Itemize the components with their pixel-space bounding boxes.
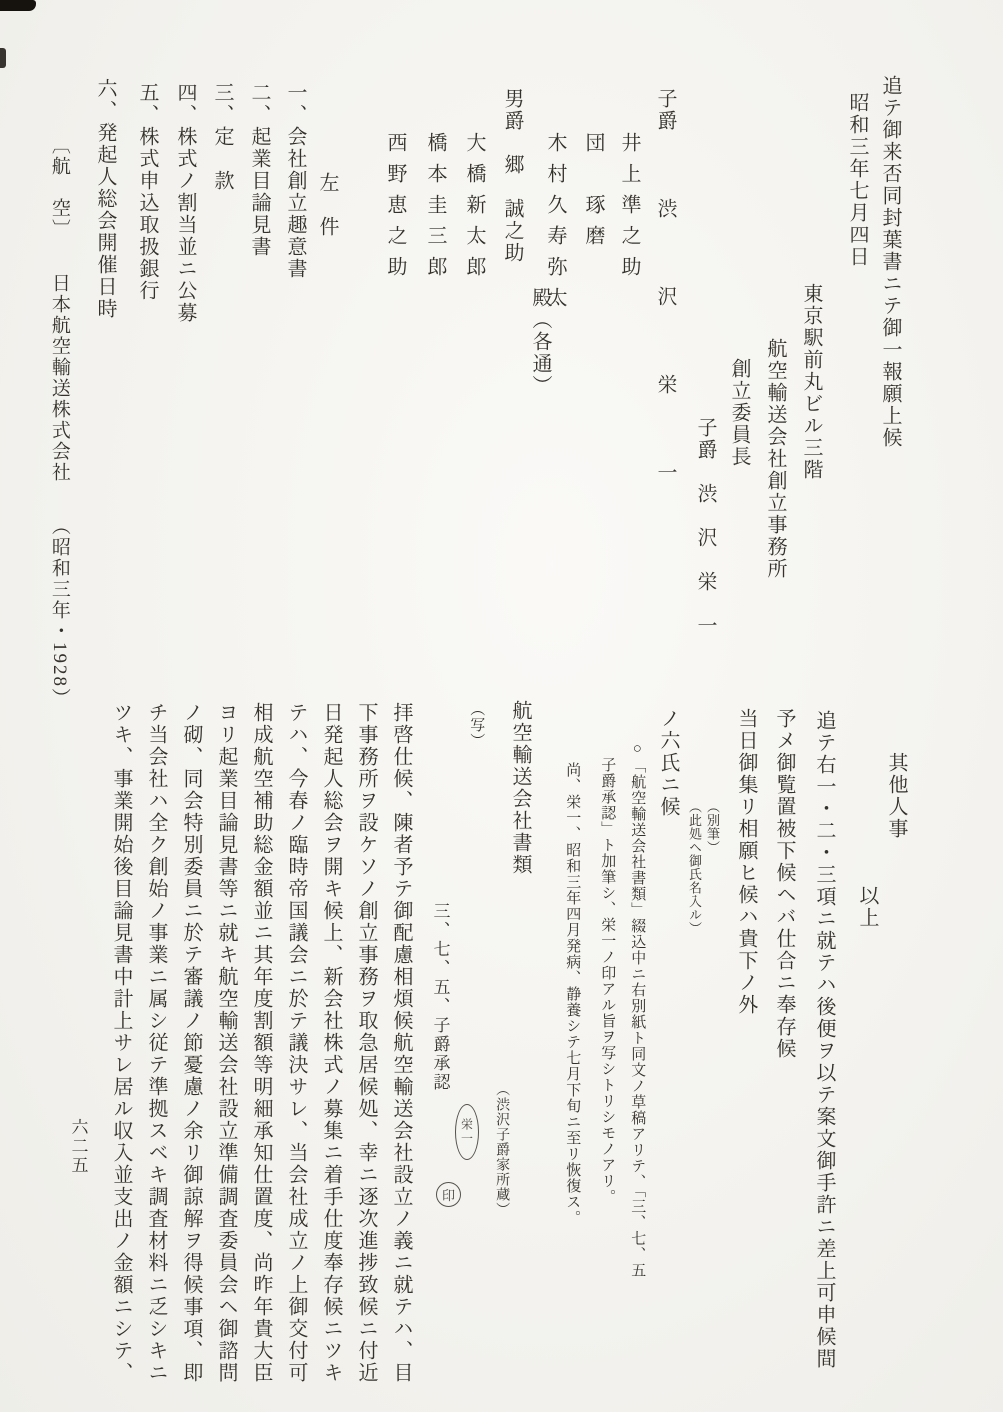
postscript-line: 当日御集リ相願ヒ候ハ貴下ノ外 (734, 708, 757, 1016)
addressee-name: 大橋新太郎 (462, 132, 485, 287)
addressee-name: 子爵 渋 沢 栄 一 (653, 88, 676, 484)
letter-body-line: 下事務所ヲ設ケソノ創立事務ヲ取急居候処、幸ニ逐次進捗致候ニ付近 (354, 702, 377, 1384)
enclosure-item: 三、定 款 (210, 82, 233, 192)
book-volume-title: 日本航空輸送株式会社 (49, 273, 70, 483)
book-running-title: 〔航 空〕 日本航空輸送株式会社 （昭和三年・1928） (48, 135, 70, 709)
letter-date: 昭和三年七月四日 (845, 92, 868, 268)
eiichi-seal: 栄一 (455, 1104, 479, 1160)
addressee-name: 男爵 郷 誠之助 (500, 88, 523, 264)
letter-body-line: テハ、今春ノ臨時帝国議会ニ於テ議決サレ、当会社成立ノ上御交付可 (284, 702, 307, 1384)
letter-body-line: ツキ、事業開始後目論見書中計上サレ居ル収入並支出ノ金額ニシテ、 (109, 702, 132, 1384)
sender-office: 航空輸送会社創立事務所 (763, 338, 786, 580)
letter-body-line: ノ砌、同会特別委員ニ於テ審議ノ節憂慮ノ余リ御諒解ヲ得候事項、即 (179, 702, 202, 1384)
letter-postscript: 追テ御来否同封葉書ニテ御一報願上候 (878, 75, 901, 449)
closing-mark: 以上 (855, 885, 878, 929)
provenance: （渋沢子爵家所蔵） (493, 1082, 509, 1217)
book-category-label: 〔航 空〕 (49, 135, 70, 240)
marginal-note: （此処ヘ御氏名入ル） (686, 800, 701, 935)
enclosure-item: 四、株式ノ割当並ニ公募 (173, 82, 196, 324)
document-title: 航空輸送会社書類 (508, 700, 531, 876)
addressee-name: 井上準之助 (617, 132, 640, 287)
copy-mark: （写） (467, 701, 484, 749)
scan-artifact (0, 0, 36, 11)
letter-body-line: 相成航空補助総金額並ニ其年度割額等明細承知仕置度、尚昨年貴大臣 (249, 702, 272, 1384)
approval-note: 三、七、五、子爵承認 (430, 902, 450, 1092)
stamp-text: 印 (442, 1185, 455, 1204)
addressee-name: 団 琢磨 (581, 132, 604, 256)
postscript-line: 予メ御覧置被下候ヘバ仕合ニ奉存候 (772, 708, 795, 1060)
letter-body-line: 拝啓仕候、陳者予テ御配慮相煩候航空輸送会社設立ノ義ニ就テハ、目 (389, 702, 412, 1384)
letter-body-line: ヨリ起業目論見書等ニ就キ航空輸送会社設立準備調査委員会ヘ御諮問 (214, 702, 237, 1384)
sender-name: 子爵 渋 沢 栄 一 (693, 417, 716, 637)
editor-note: 尚、栄一、昭和三年四月発病、静養シテ七月下旬ニ至リ恢復ス。 (563, 762, 580, 1226)
sender-title: 創立委員長 (727, 358, 750, 468)
postscript-line: 追テ右一・二・三項ニ就テハ後便ヲ以テ案文御手許ニ差上可申候間 (812, 710, 835, 1370)
enclosure-item: 二、起業目論見書 (247, 82, 270, 258)
enclosures-heading: 左 件 (315, 172, 338, 238)
enclosure-item: 五、株式申込取扱銀行 (135, 82, 158, 302)
editor-note: ○「航空輸送会社書類」綴込中ニ右別紙ト同文ノ草稿アリテ、「三、七、五 (628, 741, 645, 1279)
letter-body-line: 日発起人総会ヲ開キ候上、新会社株式ノ募集ニ着手仕度奉存候ニツキ (319, 702, 342, 1384)
addressee-name: 橋本圭三郎 (423, 132, 446, 287)
in-stamp-seal: 印 (436, 1182, 461, 1207)
page-number: 六二五 (68, 1118, 88, 1175)
addressee-name: 西野恵之助 (383, 132, 406, 287)
enclosure-item: 一、会社創立趣意書 (283, 82, 306, 280)
sender-address: 東京駅前丸ビル三階 (799, 283, 822, 481)
scanned-document-page: 追テ御来否同封葉書ニテ御一報願上候 昭和三年七月四日 東京駅前丸ビル三階 航空輸… (0, 0, 1003, 1412)
scan-artifact (0, 48, 6, 68)
book-volume-year: （昭和三年・1928） (49, 516, 70, 709)
enclosure-item: 六、発起人総会開催日時 (93, 78, 116, 320)
seal-text: 栄一 (459, 1118, 476, 1146)
letter-body-line: チ当会社ハ全ク創始ノ事業ニ属シ従テ準拠スベキ調査材料ニ乏シキニ (144, 702, 167, 1384)
postscript-continuation: ノ六氏ニ候 (656, 708, 679, 818)
section-heading: 其他人事 (884, 752, 907, 840)
marginal-note: （別筆） (704, 800, 719, 854)
honorific: 殿（各通） (528, 287, 551, 397)
editor-note: 子爵承認」ト加筆シ、栄一ノ印アル旨ヲ写シトリシモノアリ。 (598, 757, 615, 1205)
